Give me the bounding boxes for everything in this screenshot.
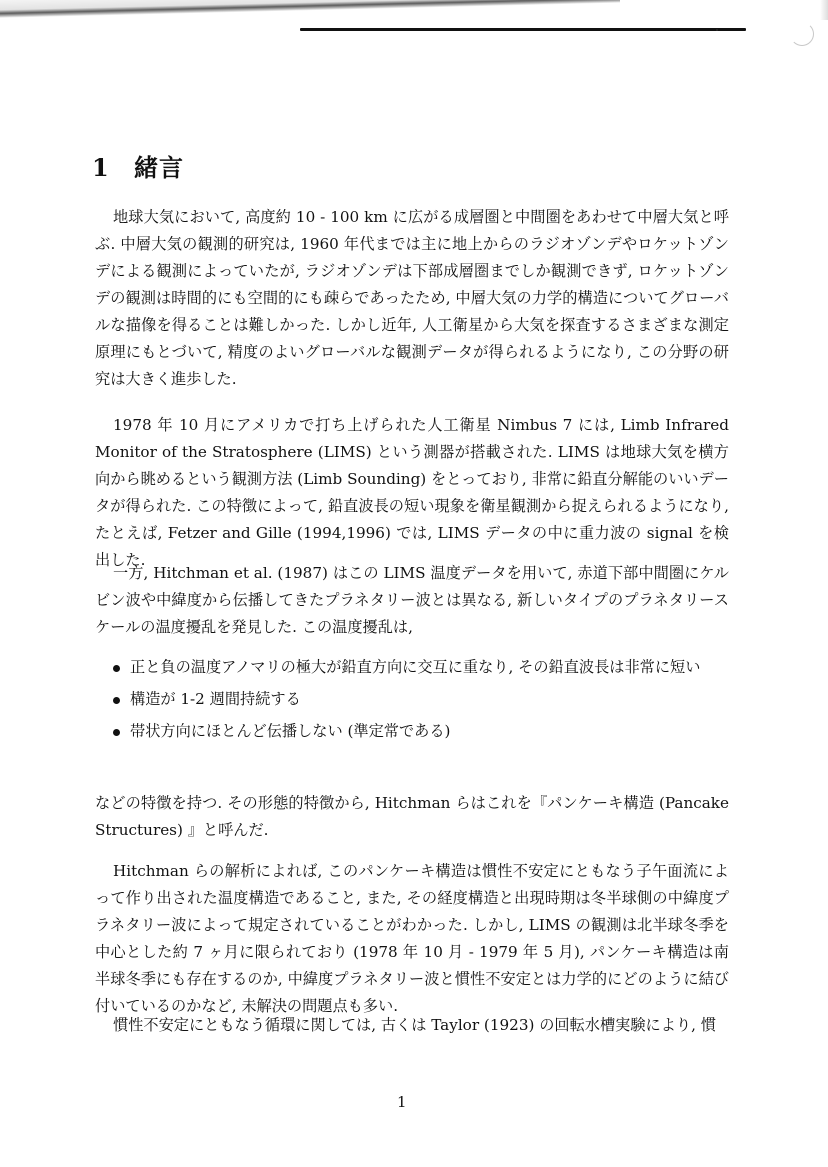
list-item: 正と負の温度アノマリの極大が鉛直方向に交互に重なり, その鉛直波長は非常に短い bbox=[110, 654, 720, 681]
bullet-icon bbox=[113, 729, 120, 736]
list-item-text: 帯状方向にほとんど伝播しない (準定常である) bbox=[130, 722, 450, 740]
section-number: 1 bbox=[92, 153, 134, 182]
paragraph-hitchman: 一方, Hitchman et al. (1987) はこの LIMS 温度デー… bbox=[95, 560, 729, 641]
scan-corner-shadow bbox=[820, 0, 828, 20]
scan-speck bbox=[716, 29, 718, 31]
header-rule bbox=[300, 28, 746, 31]
paragraph-inertial-instability: 慣性不安定にともなう循環に関しては, 古くは Taylor (1923) の回転… bbox=[95, 1012, 729, 1039]
section-title: 緒言 bbox=[134, 154, 184, 182]
feature-list: 正と負の温度アノマリの極大が鉛直方向に交互に重なり, その鉛直波長は非常に短い … bbox=[110, 654, 720, 750]
bullet-icon bbox=[113, 697, 120, 704]
paragraph-pancake-definition: などの特徴を持つ. その形態的特徴から, Hitchman らはこれを『パンケー… bbox=[95, 790, 729, 844]
paragraph-intro: 地球大気において, 高度約 10 - 100 km に広がる成層圏と中間圏をあわ… bbox=[95, 204, 729, 393]
bullet-icon bbox=[113, 665, 120, 672]
punch-hole-mark bbox=[790, 22, 814, 46]
list-item: 構造が 1-2 週間持続する bbox=[110, 686, 720, 713]
list-item-text: 構造が 1-2 週間持続する bbox=[130, 690, 301, 708]
list-item-text: 正と負の温度アノマリの極大が鉛直方向に交互に重なり, その鉛直波長は非常に短い bbox=[130, 658, 700, 676]
scan-shadow-edge bbox=[0, 0, 620, 18]
list-item: 帯状方向にほとんど伝播しない (準定常である) bbox=[110, 718, 720, 745]
paragraph-analysis: Hitchman らの解析によれば, このパンケーキ構造は慣性不安定にともなう子… bbox=[95, 858, 729, 1020]
page-number: 1 bbox=[397, 1093, 407, 1111]
paragraph-lims: 1978 年 10 月にアメリカで打ち上げられた人工衛星 Nimbus 7 には… bbox=[95, 412, 729, 574]
section-heading: 1緒言 bbox=[92, 148, 184, 183]
